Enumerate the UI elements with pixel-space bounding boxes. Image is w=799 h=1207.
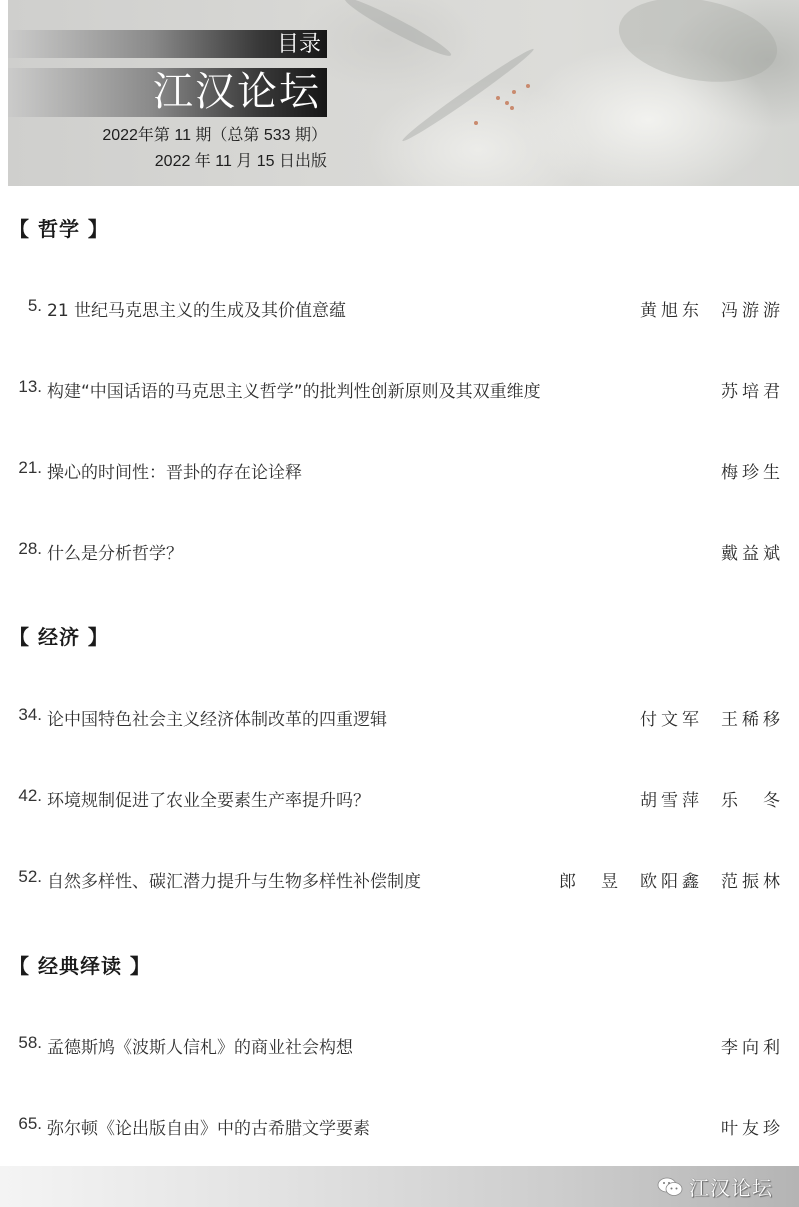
decorative-leaf <box>612 0 783 93</box>
contents-label: 目录 <box>277 32 321 56</box>
toc-entry[interactable]: 28. 什么是分析哲学？ 戴益斌 <box>0 535 799 565</box>
page-number: 5. <box>28 296 42 316</box>
page-number: 65. <box>18 1114 42 1134</box>
decorative-stamen <box>505 101 509 105</box>
author: 范振林 <box>721 867 784 892</box>
decorative-stamen <box>510 106 514 110</box>
article-authors: 苏培君 <box>721 377 780 402</box>
wechat-icon <box>657 1177 683 1197</box>
toc-entry[interactable]: 13. 构建“中国话语的马克思主义哲学”的批判性创新原则及其双重维度 苏培君 <box>0 373 799 403</box>
toc-entry[interactable]: 5. 21 世纪马克思主义的生成及其价值意蕴 黄旭东 冯游游 <box>0 292 799 322</box>
header-banner: 目录 江汉论坛 2022年第 11 期（总第 533 期） 2022 年 11 … <box>8 0 799 186</box>
toc-entry[interactable]: 34. 论中国特色社会主义经济体制改革的四重逻辑 付文军 王稀移 <box>0 701 799 731</box>
author: 戴益斌 <box>721 539 784 564</box>
author: 李向利 <box>721 1033 784 1058</box>
wechat-watermark: 江汉论坛 <box>657 1172 773 1201</box>
article-authors: 戴益斌 <box>721 539 780 564</box>
page-number: 58. <box>18 1033 42 1053</box>
page-number: 42. <box>18 786 42 806</box>
article-title[interactable]: 21 世纪马克思主义的生成及其价值意蕴 <box>47 296 346 321</box>
article-authors: 付文军 王稀移 <box>640 705 780 730</box>
footer-band: 江汉论坛 <box>0 1166 799 1207</box>
decorative-stamen <box>526 84 530 88</box>
article-title[interactable]: 弥尔顿《论出版自由》中的古希腊文学要素 <box>47 1114 370 1139</box>
watermark-label: 江汉论坛 <box>689 1172 773 1201</box>
section-heading-philosophy: 【 哲学 】 <box>9 213 109 242</box>
toc-entry[interactable]: 42. 环境规制促进了农业全要素生产率提升吗？ 胡雪萍 乐 冬 <box>0 782 799 812</box>
article-title[interactable]: 什么是分析哲学？ <box>47 539 183 564</box>
article-authors: 郎 昱 欧阳鑫 范振林 <box>559 867 780 892</box>
article-title[interactable]: 孟德斯鸠《波斯人信札》的商业社会构想 <box>47 1033 353 1058</box>
author: 欧阳鑫 <box>640 867 703 892</box>
decorative-stem <box>400 45 537 145</box>
section-heading-economics: 【 经济 】 <box>9 621 109 650</box>
article-title[interactable]: 操心的时间性：晋卦的存在论诠释 <box>47 458 302 483</box>
article-title[interactable]: 构建“中国话语的马克思主义哲学”的批判性创新原则及其双重维度 <box>47 377 541 402</box>
author: 叶友珍 <box>721 1114 784 1139</box>
page-number: 34. <box>18 705 42 725</box>
author: 乐 冬 <box>721 786 784 811</box>
decorative-leaf <box>342 0 455 61</box>
page-number: 21. <box>18 458 42 478</box>
toc-entry[interactable]: 58. 孟德斯鸠《波斯人信札》的商业社会构想 李向利 <box>0 1029 799 1059</box>
section-heading-classics: 【 经典绎读 】 <box>9 950 151 979</box>
author: 梅珍生 <box>721 458 784 483</box>
author: 冯游游 <box>721 296 784 321</box>
title-bar: 江汉论坛 <box>8 68 327 117</box>
issue-number: 2022年第 11 期（总第 533 期） <box>102 122 327 145</box>
article-authors: 李向利 <box>721 1033 780 1058</box>
author: 郎 昱 <box>559 867 622 892</box>
page-number: 52. <box>18 867 42 887</box>
author: 苏培君 <box>721 377 784 402</box>
author: 胡雪萍 <box>640 786 703 811</box>
article-authors: 黄旭东 冯游游 <box>640 296 780 321</box>
decorative-stamen <box>496 96 500 100</box>
decorative-stamen <box>512 90 516 94</box>
toc-entry[interactable]: 21. 操心的时间性：晋卦的存在论诠释 梅珍生 <box>0 454 799 484</box>
article-title[interactable]: 环境规制促进了农业全要素生产率提升吗？ <box>47 786 370 811</box>
article-authors: 梅珍生 <box>721 458 780 483</box>
article-title[interactable]: 自然多样性、碳汇潜力提升与生物多样性补偿制度 <box>47 867 421 892</box>
page-number: 13. <box>18 377 42 397</box>
article-authors: 叶友珍 <box>721 1114 780 1139</box>
page-number: 28. <box>18 539 42 559</box>
article-authors: 胡雪萍 乐 冬 <box>640 786 780 811</box>
subtitle-bar: 目录 <box>8 30 327 58</box>
toc-entry[interactable]: 65. 弥尔顿《论出版自由》中的古希腊文学要素 叶友珍 <box>0 1110 799 1140</box>
journal-title: 江汉论坛 <box>153 69 321 115</box>
decorative-stamen <box>474 121 478 125</box>
publish-date: 2022 年 11 月 15 日出版 <box>155 148 327 171</box>
article-title[interactable]: 论中国特色社会主义经济体制改革的四重逻辑 <box>47 705 387 730</box>
author: 黄旭东 <box>640 296 703 321</box>
author: 付文军 <box>640 705 703 730</box>
author: 王稀移 <box>721 705 784 730</box>
toc-entry[interactable]: 52. 自然多样性、碳汇潜力提升与生物多样性补偿制度 郎 昱 欧阳鑫 范振林 <box>0 863 799 893</box>
